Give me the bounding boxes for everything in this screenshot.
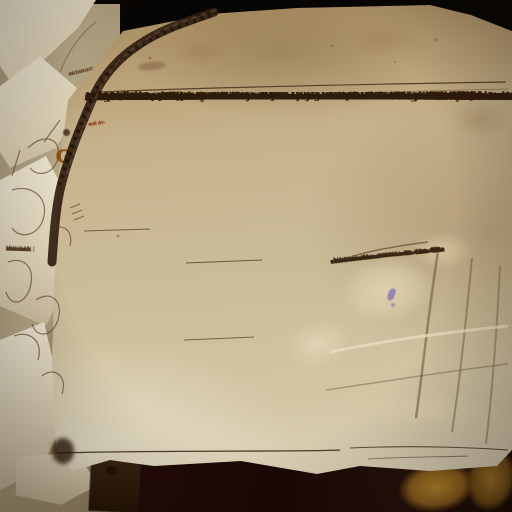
manuscript-photo: mil sna lasnve ltsm ilr aanve sllsmn ila… xyxy=(0,0,512,512)
photo-vignette xyxy=(0,0,512,512)
